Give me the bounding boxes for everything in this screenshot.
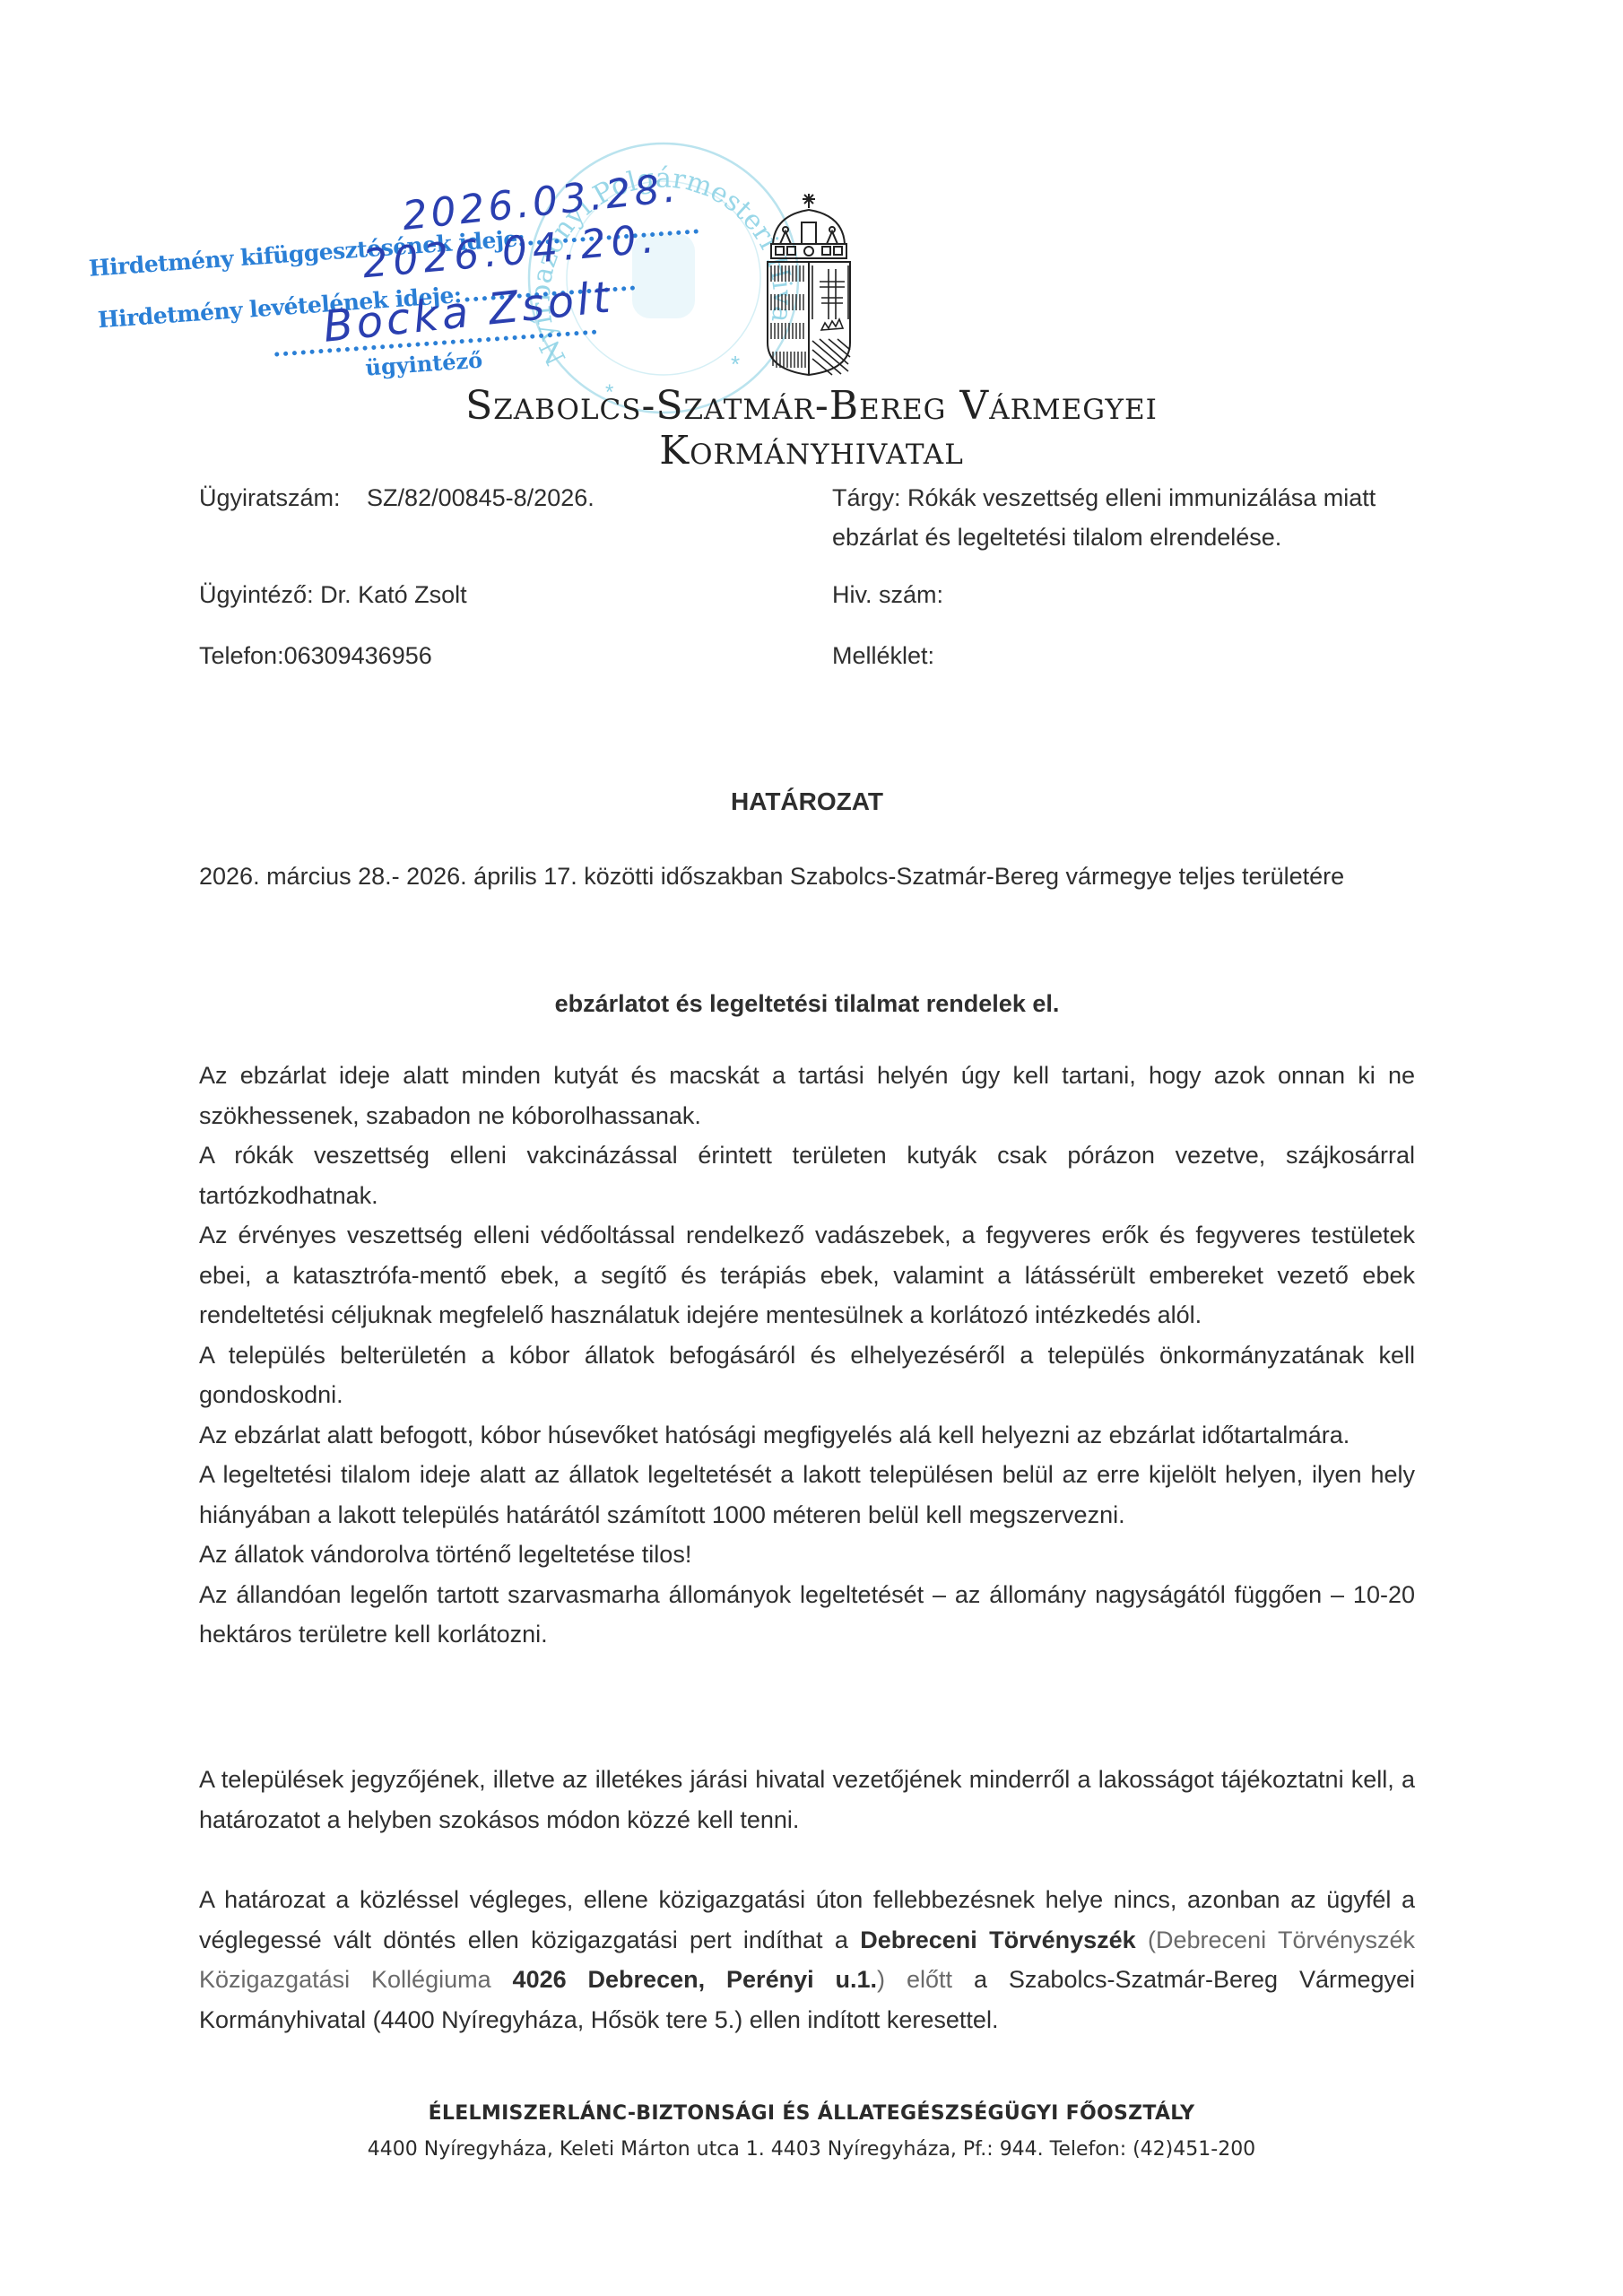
department-address: 4400 Nyíregyháza, Keleti Márton utca 1. … bbox=[0, 2138, 1623, 2161]
department-name: ÉLELMISZERLÁNC-BIZTONSÁGI ÉS ÁLLATEGÉSZS… bbox=[0, 2102, 1623, 2125]
page-footer: ÉLELMISZERLÁNC-BIZTONSÁGI ÉS ÁLLATEGÉSZS… bbox=[0, 0, 1623, 2296]
